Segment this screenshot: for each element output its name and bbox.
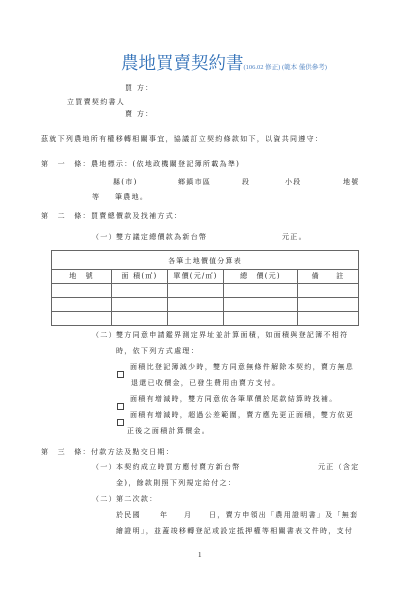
cell[interactable] [168, 298, 224, 312]
field-township: 鄉鎮市區 [178, 178, 211, 187]
header-remarks: 備 註 [298, 270, 359, 284]
header-lot: 地 號 [52, 270, 112, 284]
article2-number: 第 二 條： [41, 212, 91, 221]
cell[interactable] [52, 298, 112, 312]
article1-heading: 農地標示：(依地政機關登記簿所載為準) [91, 160, 240, 169]
date-year: 年 [160, 511, 168, 520]
cell[interactable] [112, 284, 168, 298]
header-unit-price: 單價(元/㎡) [168, 270, 224, 284]
article3-item1-line1-tail: 元正（含定 [318, 463, 360, 472]
checkbox-icon[interactable] [117, 419, 124, 426]
cell[interactable] [168, 312, 224, 326]
cell[interactable] [224, 298, 298, 312]
article3-item2-line2: 繪證明」，並蓋竣移轉登記或設定抵押權等相關書表文件時，支付 [116, 527, 353, 536]
article2-item2-label: （二） [92, 331, 117, 340]
article3-item1-line1: 本契約成立時買方應付賣方新台幣 [116, 463, 241, 472]
article3-item1-line2: 金)，餘款則照下列規定給付之： [116, 479, 236, 488]
cell[interactable] [298, 284, 359, 298]
preamble: 茲就下列農地所有權移轉相關事宜，協議訂立契約條款如下，以資共同遵守： [41, 135, 323, 144]
cell[interactable] [298, 312, 359, 326]
cell[interactable] [224, 312, 298, 326]
signatories-label: 立買賣契約書人 [67, 98, 125, 107]
article2-item1-text: 雙方議定總價款為新台幣 [116, 233, 207, 242]
field-section: 段 [242, 178, 250, 187]
date-month: 月 [184, 511, 192, 520]
cell[interactable] [112, 312, 168, 326]
article3-item2-label: （二） [92, 495, 117, 504]
cell[interactable] [112, 298, 168, 312]
option3-checkbox[interactable] [117, 411, 124, 430]
header-area: 面 積(㎡) [112, 270, 168, 284]
checkbox-icon[interactable] [117, 371, 124, 378]
title-main: 農地買賣契約書 [121, 54, 244, 74]
option3-line2: 正後之面積計算價金。 [127, 427, 210, 436]
option1-line1: 面積比登記簿減少時，雙方同意無條件解除本契約，賣方無息 [130, 363, 354, 372]
cell[interactable] [298, 298, 359, 312]
field-subsection: 小段 [285, 178, 302, 187]
article2-item1-label: （一） [92, 233, 117, 242]
field-lot-number: 地號 [343, 178, 360, 187]
table-row [52, 312, 359, 326]
page-number: 1 [198, 551, 202, 559]
article2-heading: 買賣總價款及找補方式： [91, 212, 182, 221]
document-title: 農地買賣契約書(106.02 修正) (範本 僅供參考) [121, 50, 327, 75]
header-total-price: 總 價(元) [224, 270, 298, 284]
article3-item2-heading: 第二次款： [116, 495, 158, 504]
table-row [52, 284, 359, 298]
land-value-table: 各筆土地價值分算表 地 號 面 積(㎡) 單價(元/㎡) 總 價(元) 備 註 [51, 250, 359, 326]
option1-line2: 退還已收價金，已發生費用由賣方支付。 [131, 379, 280, 388]
article3-heading: 付款方法及點交日期： [91, 448, 174, 457]
seller-label: 賣 方： [125, 110, 153, 119]
cell[interactable] [52, 312, 112, 326]
article2-item2-line1: 雙方同意申請鑑界測定界址並計算面積，如面積與登記簿不相符 [116, 331, 348, 340]
table-caption: 各筆土地價值分算表 [52, 251, 359, 270]
option3-line1: 面積有增減時，超過公差範圍，賣方應先更正面積，雙方依更 [130, 411, 354, 420]
cell[interactable] [168, 284, 224, 298]
article3-number: 第 三 條： [41, 448, 91, 457]
date-prefix: 於民國 [116, 511, 141, 520]
article1-number: 第 一 條： [41, 160, 91, 169]
article3-item1-label: （一） [92, 463, 117, 472]
parcel-count-prefix: 等 [92, 193, 100, 202]
cell[interactable] [224, 284, 298, 298]
title-subtitle: (106.02 修正) (範本 僅供參考) [244, 64, 327, 71]
parcel-count-suffix: 筆農地。 [115, 193, 148, 202]
table-header-row: 地 號 面 積(㎡) 單價(元/㎡) 總 價(元) 備 註 [52, 270, 359, 284]
checkbox-icon[interactable] [117, 403, 124, 410]
table-row [52, 298, 359, 312]
date-day-text: 日，賣方申領出「農用證明書」及「無套 [209, 511, 358, 520]
option2-line1: 面積有增減時，雙方同意依各筆單價於尾款結算時找補。 [130, 395, 338, 404]
option1-checkbox[interactable] [117, 363, 124, 382]
cell[interactable] [52, 284, 112, 298]
article2-item1-unit: 元正。 [282, 233, 307, 242]
article2-item2-line2: 時，依下列方式處理： [116, 347, 199, 356]
field-county: 縣(市) [113, 178, 138, 187]
buyer-label: 買 方： [125, 84, 153, 93]
